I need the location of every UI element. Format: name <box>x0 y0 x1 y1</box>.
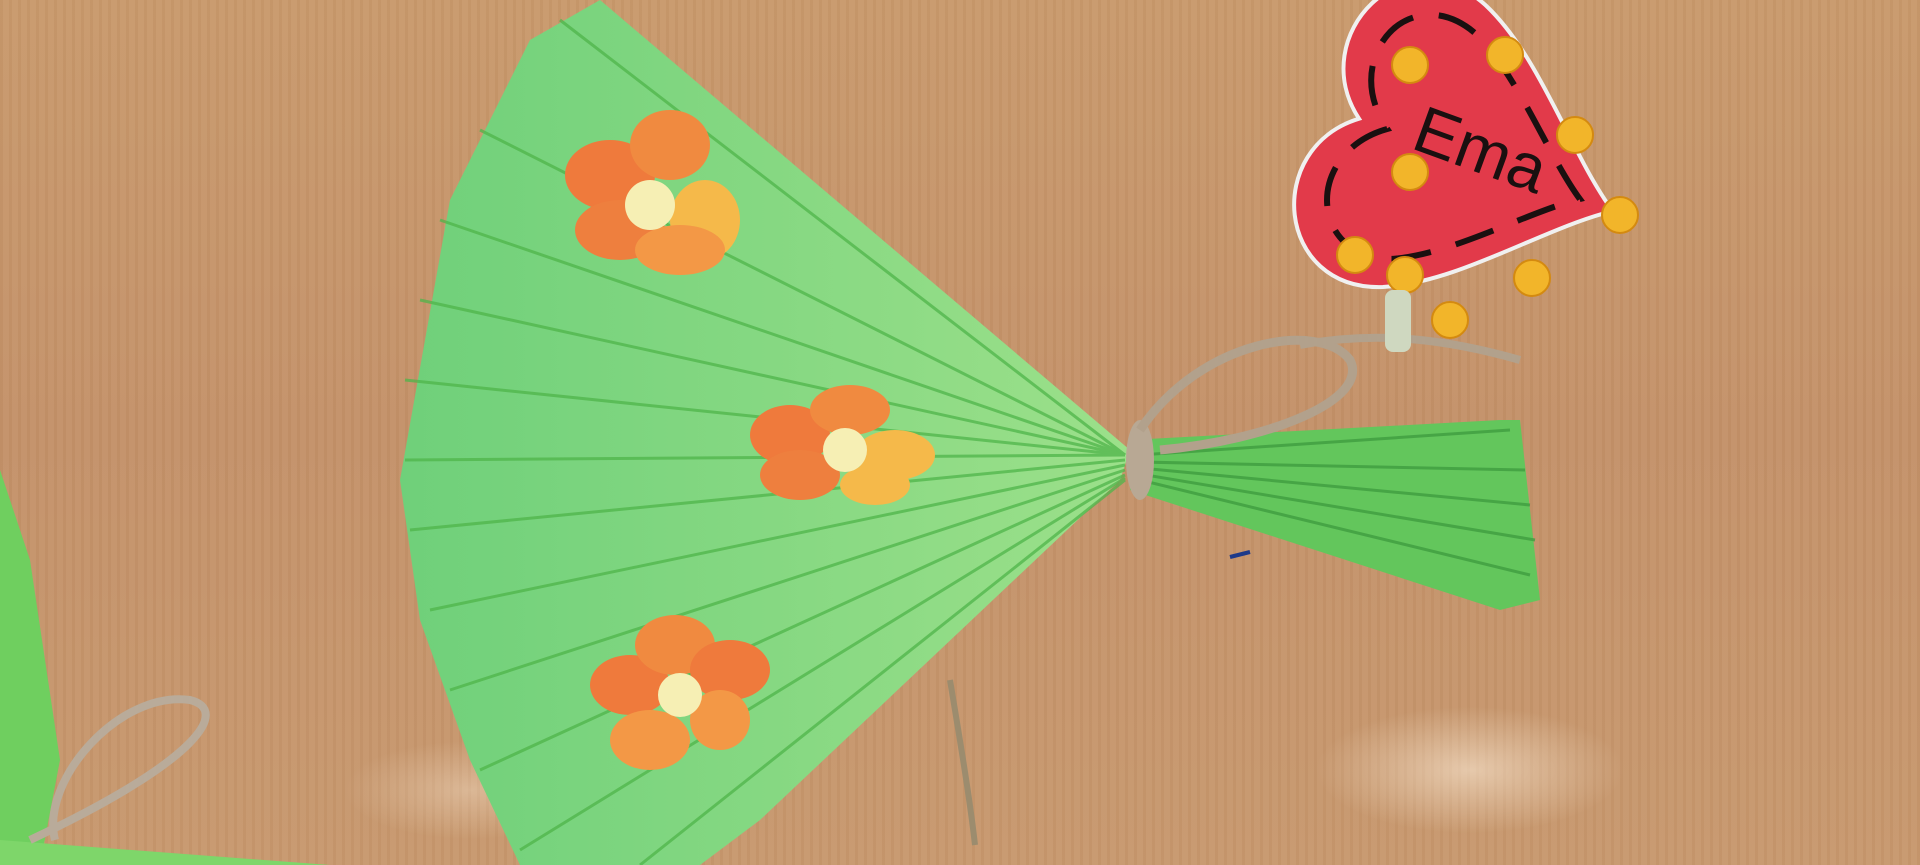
ink-mark <box>1230 552 1250 557</box>
photo-scene: Ema <box>0 0 1920 865</box>
wooden-clip <box>1385 290 1411 352</box>
heart-name-tag: Ema <box>1270 0 1666 359</box>
craft-illustration: Ema <box>0 0 1920 865</box>
left-partial-fan <box>0 470 330 865</box>
